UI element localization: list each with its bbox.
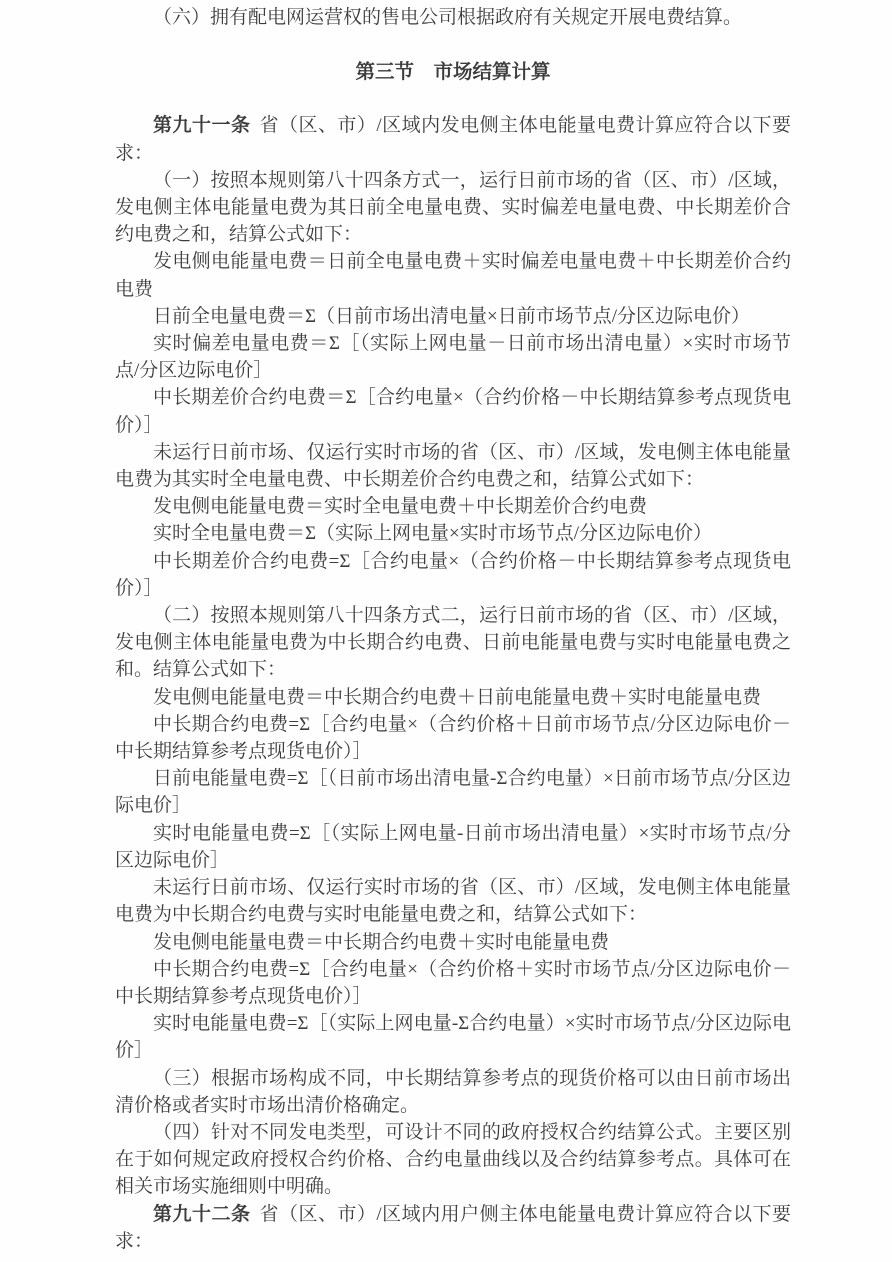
formula-line: 发电侧电能量电费＝中长期合约电费＋实时电能量电费 bbox=[115, 929, 791, 956]
clause-paragraph-4: （四）针对不同发电类型，可设计不同的政府授权合约结算公式。主要区别在于如何规定政… bbox=[115, 1119, 791, 1201]
formula-line: 实时全电量电费＝Σ（实际上网电量×实时市场节点/分区边际电价） bbox=[115, 520, 791, 547]
body-paragraph: 未运行日前市场、仅运行实时市场的省（区、市）/区域，发电侧主体电能量电费为中长期… bbox=[115, 874, 791, 928]
body-paragraph: 未运行日前市场、仅运行实时市场的省（区、市）/区域，发电侧主体电能量电费为其实时… bbox=[115, 439, 791, 493]
formula-line: 日前全电量电费＝Σ（日前市场出清电量×日前市场节点/分区边际电价） bbox=[115, 303, 791, 330]
formula-line: 中长期差价合约电费＝Σ［合约电量×（合约价格－中长期结算参考点现货电价）］ bbox=[115, 384, 791, 438]
document-body: （六）拥有配电网运营权的售电公司根据政府有关规定开展电费结算。 第三节 市场结算… bbox=[115, 4, 791, 1255]
formula-line: 发电侧电能量电费＝实时全电量电费＋中长期差价合约电费 bbox=[115, 493, 791, 520]
formula-line: 日前电能量电费=Σ［（日前市场出清电量-Σ合约电量）×日前市场节点/分区边际电价… bbox=[115, 765, 791, 819]
article-92: 第九十二条省（区、市）/区域内用户侧主体电能量电费计算应符合以下要求： bbox=[115, 1201, 791, 1255]
clause-paragraph-3: （三）根据市场构成不同，中长期结算参考点的现货价格可以由日前市场出清价格或者实时… bbox=[115, 1065, 791, 1119]
formula-line: 中长期合约电费=Σ［合约电量×（合约价格＋日前市场节点/分区边际电价－中长期结算… bbox=[115, 711, 791, 765]
article-91-number: 第九十一条 bbox=[153, 115, 250, 136]
section-heading: 第三节 市场结算计算 bbox=[115, 59, 791, 86]
clause-paragraph-1: （一）按照本规则第八十四条方式一，运行日前市场的省（区、市）/区域，发电侧主体电… bbox=[115, 167, 791, 249]
document-page: （六）拥有配电网运营权的售电公司根据政府有关规定开展电费结算。 第三节 市场结算… bbox=[0, 0, 892, 1262]
paragraph-item-six: （六）拥有配电网运营权的售电公司根据政府有关规定开展电费结算。 bbox=[115, 4, 791, 31]
article-91: 第九十一条省（区、市）/区域内发电侧主体电能量电费计算应符合以下要求： bbox=[115, 112, 791, 166]
formula-line: 实时偏差电量电费＝Σ［（实际上网电量－日前市场出清电量）×实时市场节点/分区边际… bbox=[115, 330, 791, 384]
formula-line: 中长期合约电费=Σ［合约电量×（合约价格＋实时市场节点/分区边际电价－中长期结算… bbox=[115, 956, 791, 1010]
formula-line: 中长期差价合约电费=Σ［合约电量×（合约价格－中长期结算参考点现货电价）］ bbox=[115, 548, 791, 602]
formula-line: 实时电能量电费=Σ［（实际上网电量-Σ合约电量）×实时市场节点/分区边际电价］ bbox=[115, 1010, 791, 1064]
article-92-number: 第九十二条 bbox=[153, 1204, 250, 1225]
formula-line: 实时电能量电费=Σ［（实际上网电量-日前市场出清电量）×实时市场节点/分区边际电… bbox=[115, 820, 791, 874]
formula-line: 发电侧电能量电费＝日前全电量电费＋实时偏差电量电费＋中长期差价合约电费 bbox=[115, 248, 791, 302]
clause-paragraph-2: （二）按照本规则第八十四条方式二，运行日前市场的省（区、市）/区域，发电侧主体电… bbox=[115, 602, 791, 684]
formula-line: 发电侧电能量电费＝中长期合约电费＋日前电能量电费＋实时电能量电费 bbox=[115, 684, 791, 711]
